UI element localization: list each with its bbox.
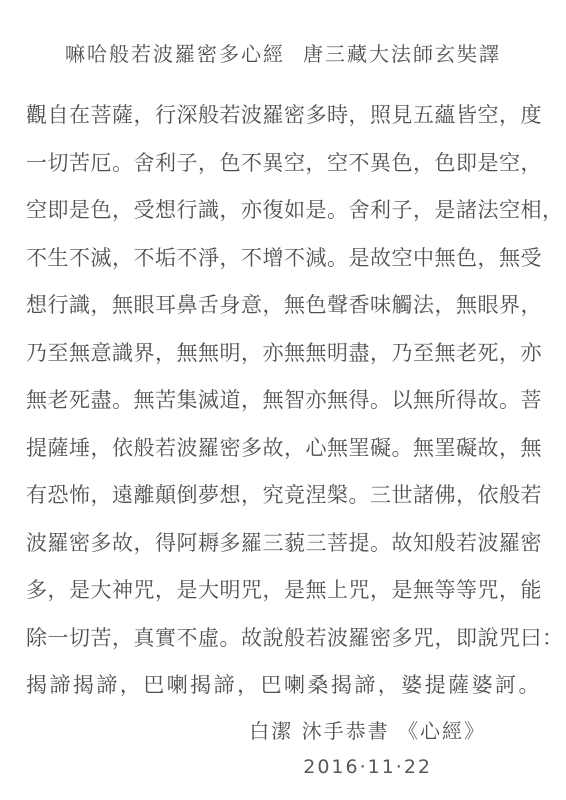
- text-line: 空即是色，受想行識，亦復如是。舍利子，是諸法空相，: [26, 187, 540, 235]
- handwritten-sutra-page: 嘛哈般若波羅密多心經唐三藏大法師玄奘譯 觀自在菩薩，行深般若波羅密多時，照見五蘊…: [0, 0, 566, 800]
- colophon: 白潔 沐手恭書 《心經》 2016·11·22: [249, 716, 486, 782]
- title-sutra-name: 嘛哈般若波羅密多心經: [65, 42, 285, 66]
- text-line: 有恐怖，遠離顛倒夢想，究竟涅槃。三世諸佛，依般若: [26, 472, 540, 520]
- text-line: 除一切苦，真實不虛。故說般若波羅密多咒，即說咒曰：: [26, 615, 540, 663]
- text-line: 乃至無意識界，無無明，亦無無明盡，乃至無老死，亦: [26, 330, 540, 378]
- text-line: 提薩埵，依般若波羅密多故，心無罣礙。無罣礙故，無: [26, 425, 540, 473]
- text-line: 觀自在菩薩，行深般若波羅密多時，照見五蘊皆空，度: [26, 92, 540, 140]
- text-line: 一切苦厄。舍利子，色不異空，空不異色，色即是空，: [26, 140, 540, 188]
- date-line: 2016·11·22: [249, 752, 486, 782]
- text-line: 波羅密多故，得阿耨多羅三藐三菩提。故知般若波羅密: [26, 520, 540, 568]
- document-title: 嘛哈般若波羅密多心經唐三藏大法師玄奘譯: [0, 0, 566, 68]
- text-line: 不生不滅，不垢不淨，不增不減。是故空中無色，無受: [26, 235, 540, 283]
- sutra-body-text: 觀自在菩薩，行深般若波羅密多時，照見五蘊皆空，度 一切苦厄。舍利子，色不異空，空…: [26, 92, 540, 710]
- text-line: 揭諦揭諦，巴喇揭諦，巴喇桑揭諦，婆提薩婆訶。: [26, 662, 540, 710]
- text-line: 多，是大神咒，是大明咒，是無上咒，是無等等咒，能: [26, 567, 540, 615]
- text-line: 無老死盡。無苦集滅道，無智亦無得。以無所得故。菩: [26, 377, 540, 425]
- signature-line: 白潔 沐手恭書 《心經》: [249, 716, 486, 746]
- title-translator-credit: 唐三藏大法師玄奘譯: [303, 42, 501, 66]
- text-line: 想行識，無眼耳鼻舌身意，無色聲香味觸法，無眼界，: [26, 282, 540, 330]
